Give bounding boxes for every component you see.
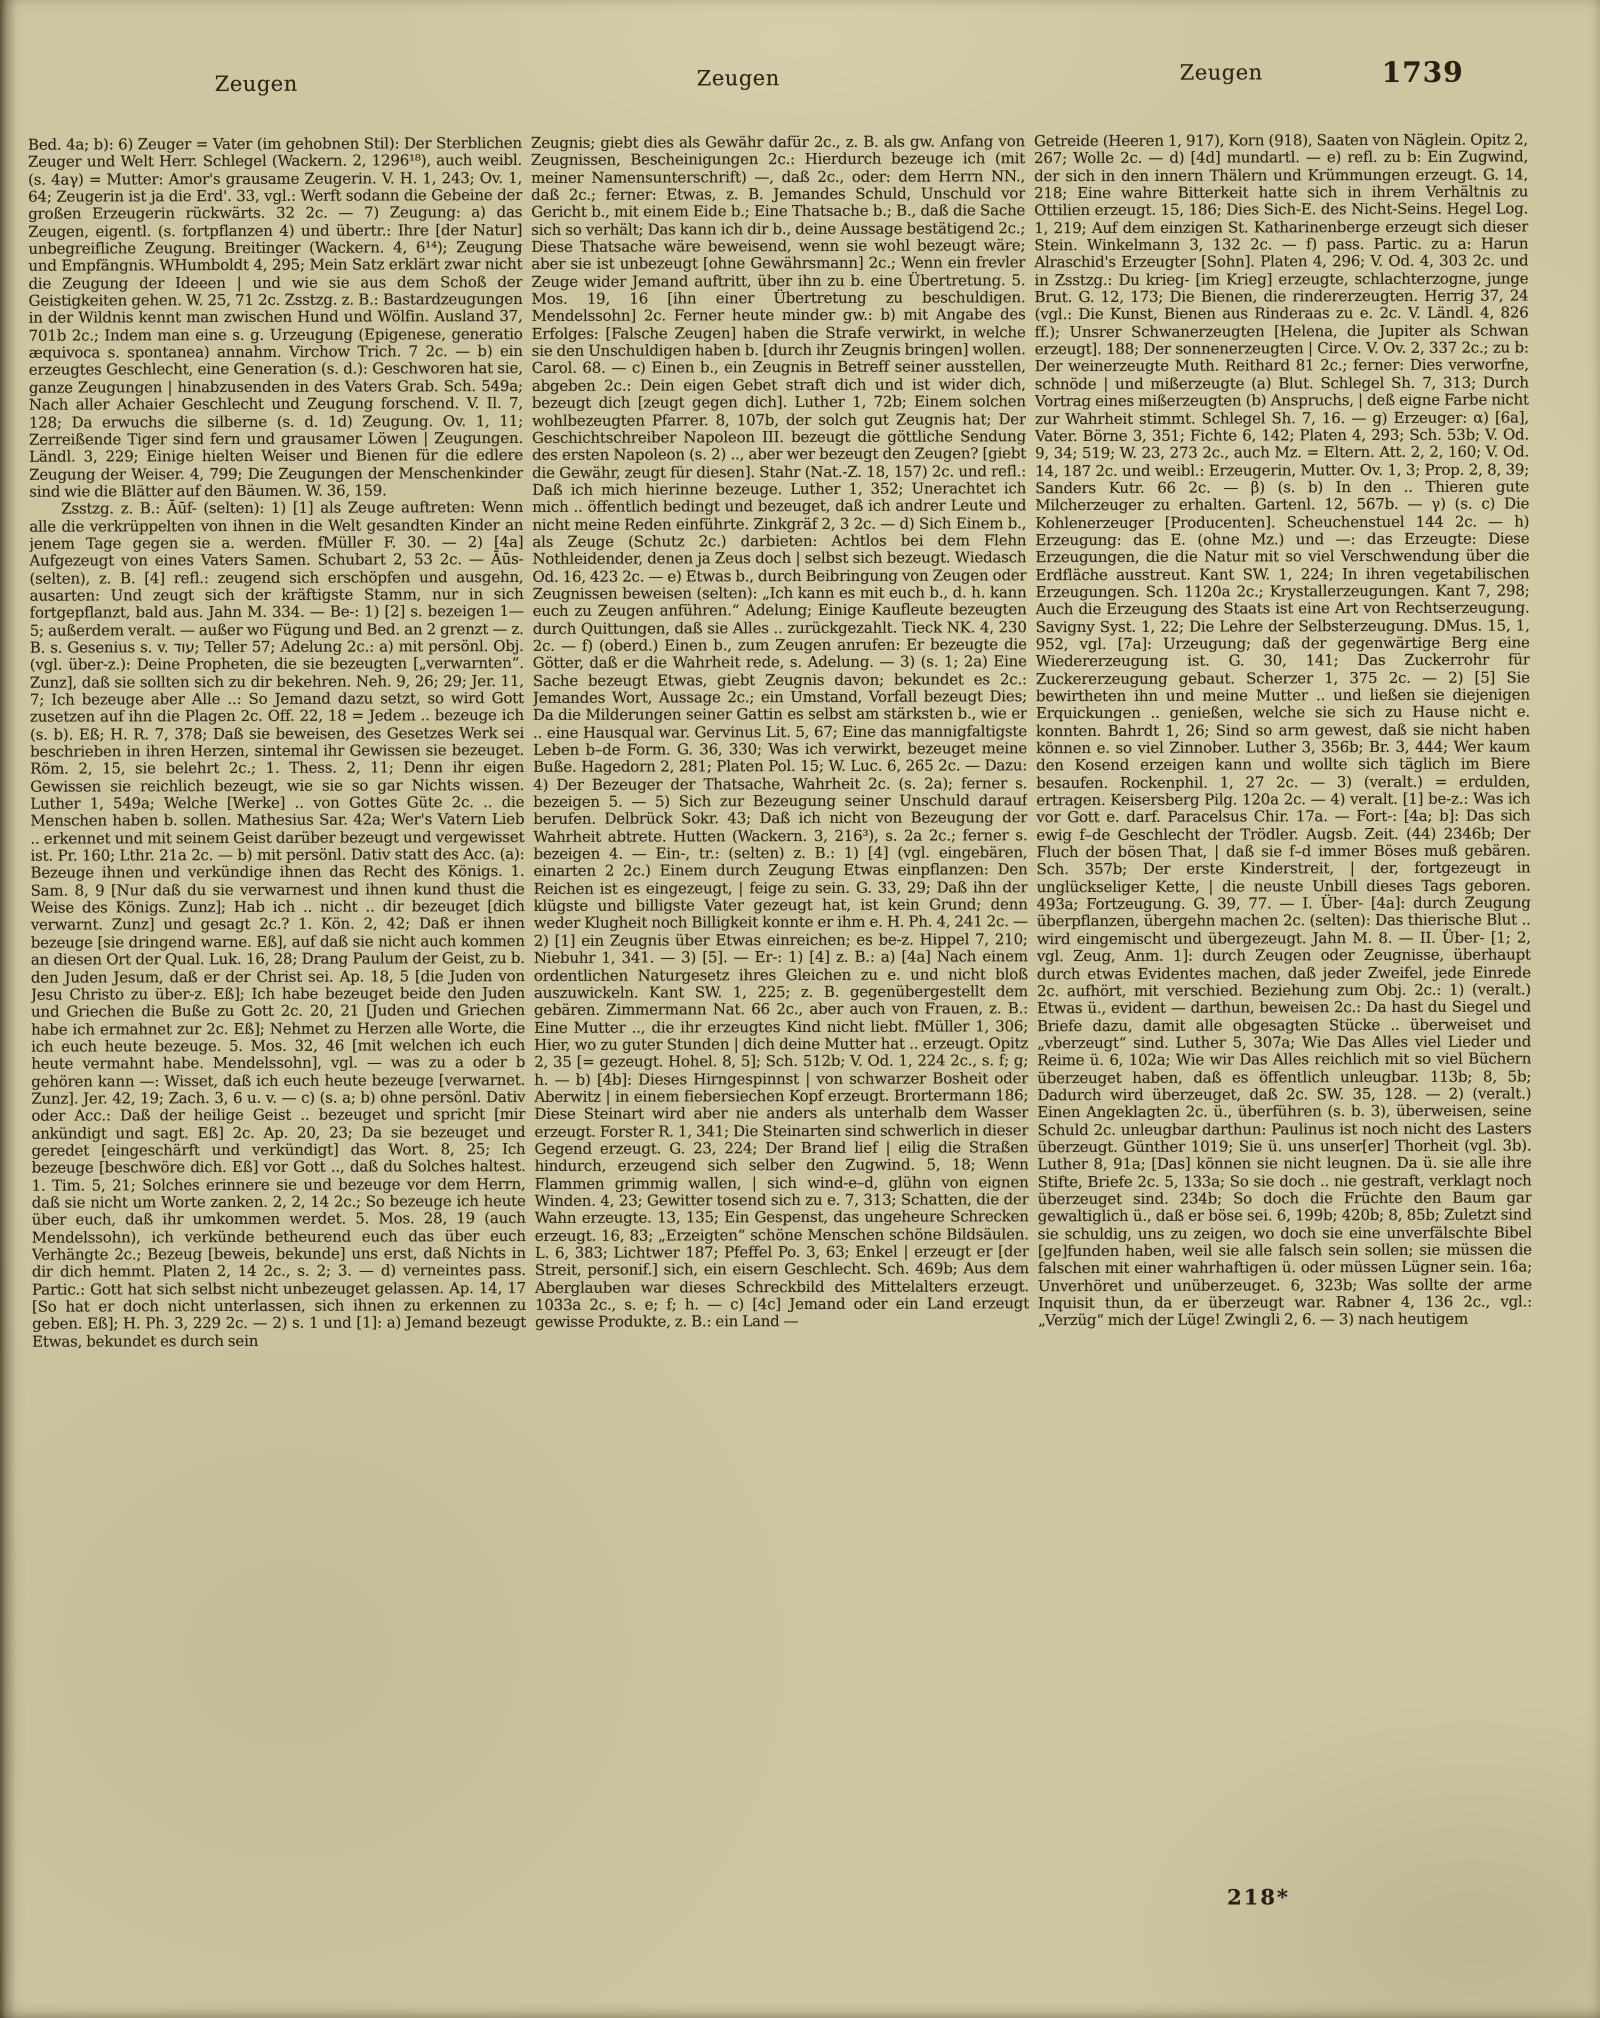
page-content: Zeugen Zeugen Zeugen 1739 Bed. 4a; b): 6… xyxy=(0,0,1600,2018)
text-column-1: Bed. 4a; b): 6) Zeuger = Vater (im gehob… xyxy=(28,135,528,1893)
entry-text-continuation: Bed. 4a; b): 6) Zeuger = Vater (im gehob… xyxy=(28,135,523,501)
running-head-column1: Zeugen xyxy=(215,72,298,96)
running-head-column3: Zeugen xyxy=(1180,60,1263,84)
running-head-column2: Zeugen xyxy=(697,66,780,90)
entry-text: Getreide (Heeren 1, 917), Korn (918), Sa… xyxy=(1034,131,1532,1329)
text-column-3: Getreide (Heeren 1, 917), Korn (918), Sa… xyxy=(1034,131,1534,1889)
entry-text: Zeugnis; giebt dies als Gewähr dafür 2c.… xyxy=(531,133,1029,1331)
page-number: 1739 xyxy=(1382,56,1464,89)
entry-text-compounds: Zsstzg. z. B.: Āūf- (selten): 1) [1] als… xyxy=(29,499,526,1351)
sheet-signature-mark: 218* xyxy=(1227,1884,1290,1909)
text-column-2: Zeugnis; giebt dies als Gewähr dafür 2c.… xyxy=(531,133,1031,1891)
dictionary-page-scan: Zeugen Zeugen Zeugen 1739 Bed. 4a; b): 6… xyxy=(0,0,1600,2018)
